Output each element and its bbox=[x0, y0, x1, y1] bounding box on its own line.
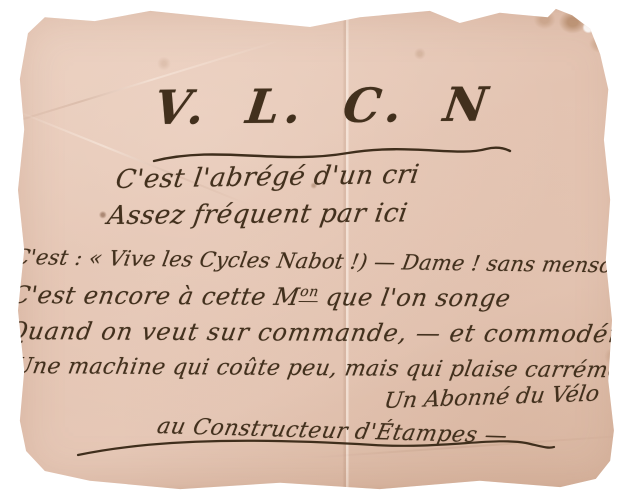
poem-line-4-prefix: C'est encore à cette M bbox=[9, 281, 301, 311]
poem-line-1: C'est l'abrégé d'un cri bbox=[114, 160, 422, 195]
photo-of-manuscript: V. L. C. N C'est l'abrégé d'un cri Assez… bbox=[0, 0, 640, 497]
poem-line-2: Assez fréquent par ici bbox=[106, 198, 410, 231]
poem-title: V. L. C. N bbox=[151, 77, 496, 136]
poem-line-5: Quand on veut sur commande, — et commodé… bbox=[5, 317, 640, 348]
poem-line-6: Une machine qui coûte peu, mais qui plai… bbox=[12, 354, 640, 383]
signature-author: Un Abonné du Vélo bbox=[382, 382, 600, 414]
manuscript-paper: V. L. C. N C'est l'abrégé d'un cri Assez… bbox=[8, 5, 632, 493]
poem-line-4-suffix: que l'on songe bbox=[316, 283, 513, 312]
poem-line-3: C'est : « Vive les Cycles Nabot !) — Dam… bbox=[12, 245, 640, 278]
signature-dedication: au Constructeur d'Étampes — bbox=[155, 414, 510, 449]
poem-line-4: C'est encore à cette Mon que l'on songe bbox=[9, 281, 513, 312]
